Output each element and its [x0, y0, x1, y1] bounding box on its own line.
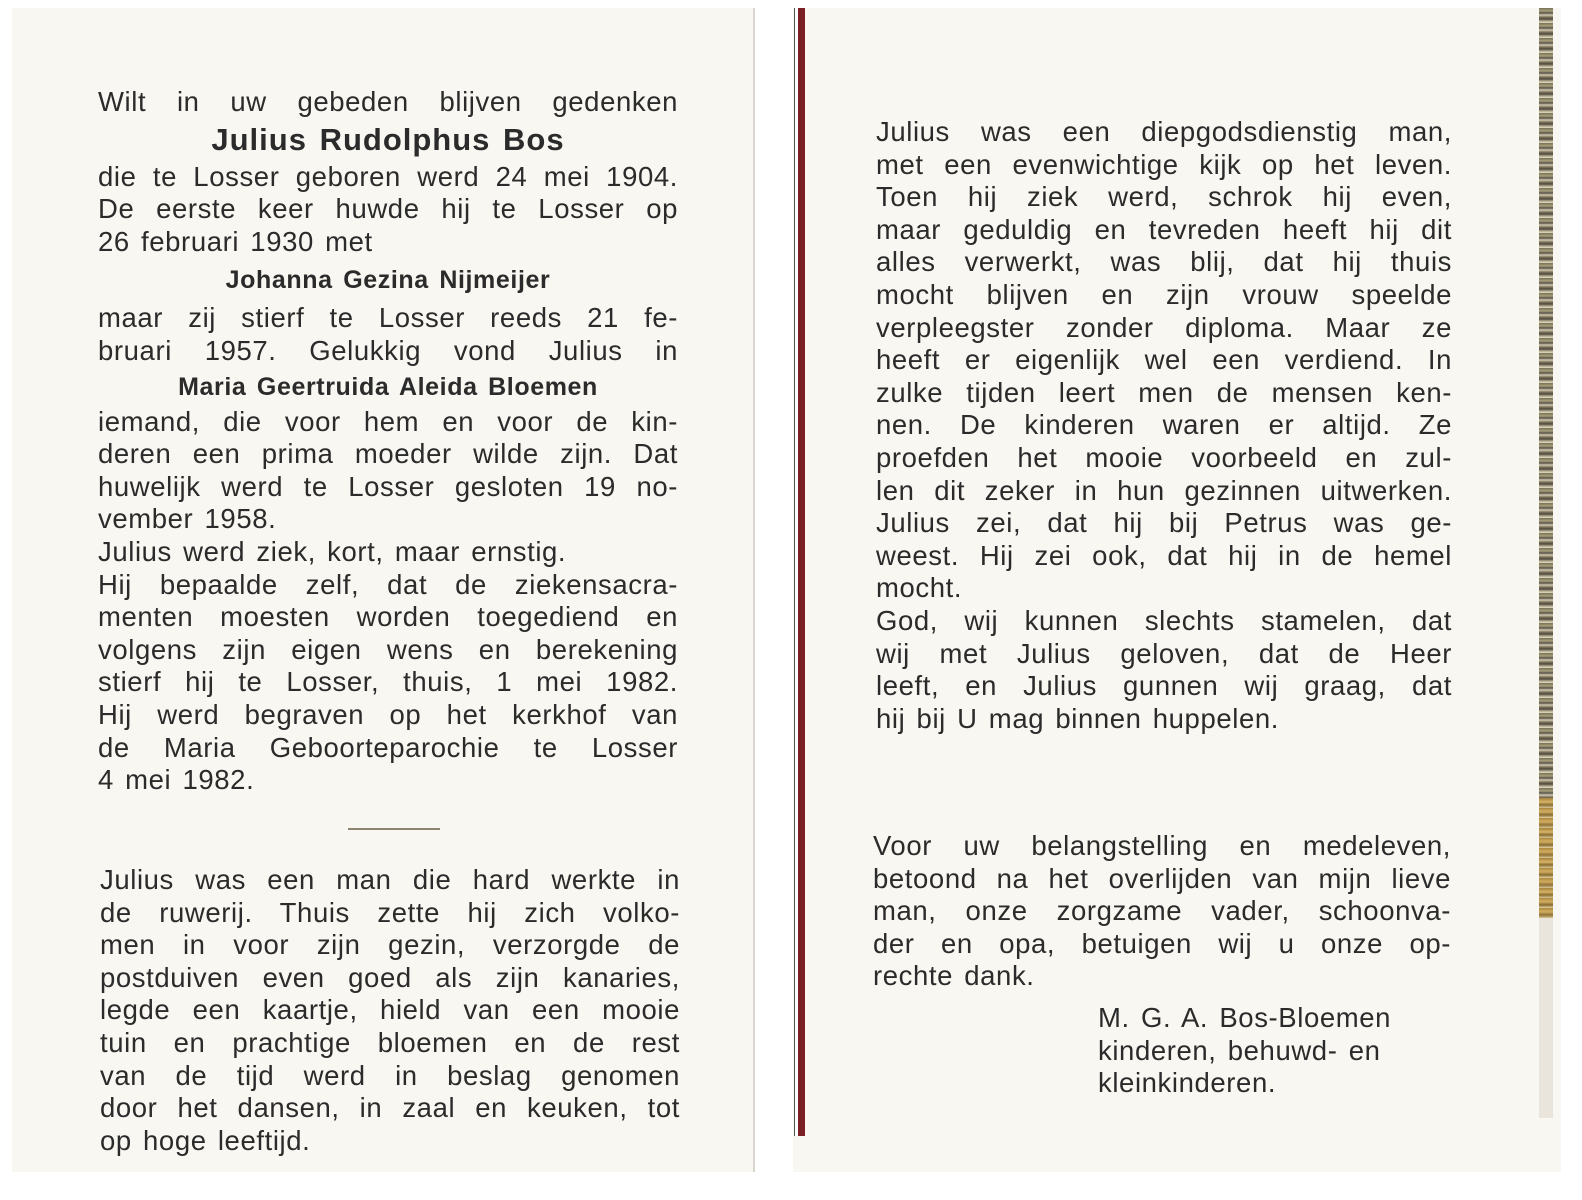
- text-line: Julius zei, dat hij bij Petrus was ge-: [876, 507, 1452, 540]
- text-line: maar zij stierf te Losser reeds 21 fe-: [98, 302, 678, 335]
- text-line: mocht.: [876, 572, 1452, 605]
- text-line: tuin en prachtige bloemen en de rest: [100, 1027, 680, 1060]
- text-line: Toen hij ziek werd, schrok hij even,: [876, 181, 1452, 214]
- text-line: alles verwerkt, was blij, dat hij thuis: [876, 246, 1452, 279]
- text-line: heeft er eigenlijk wel een verdiend. In: [876, 344, 1452, 377]
- deceased-name: Julius Rudolphus Bos: [98, 119, 678, 161]
- text-line: len dit zeker in hun gezinnen uitwerken.: [876, 475, 1452, 508]
- text-line: stierf hij te Losser, thuis, 1 mei 1982.: [98, 666, 678, 699]
- thanks-line: rechte dank.: [873, 960, 1451, 993]
- text-line: Hij werd begraven op het kerkhof van: [98, 699, 678, 732]
- thanks-line: der en opa, betuigen wij u onze op-: [873, 928, 1451, 961]
- memorial-card-right-page: Julius was een diepgodsdienstig man, met…: [793, 8, 1561, 1172]
- text-line: weest. Hij zei ook, dat hij in de hemel: [876, 540, 1452, 573]
- thanks-line: betoond na het overlijden van mijn lieve: [873, 863, 1451, 896]
- text-line: zulke tijden leert men de mensen ken-: [876, 377, 1452, 410]
- text-line: De eerste keer huwde hij te Losser op: [98, 193, 678, 226]
- text-line: 4 mei 1982.: [98, 764, 678, 797]
- text-line: verpleegster zonder diploma. Maar ze: [876, 312, 1452, 345]
- right-page-reflection-text: Julius was een diepgodsdienstig man, met…: [876, 116, 1452, 735]
- memorial-card-left-page: Wilt in uw gebeden blijven gedenken Juli…: [12, 8, 755, 1172]
- left-page-life-description: Julius was een man die hard werkte in de…: [100, 864, 680, 1157]
- text-line: Julius was een diepgodsdienstig man,: [876, 116, 1452, 149]
- intro-line: Wilt in uw gebeden blijven gedenken: [98, 86, 678, 119]
- left-page-obituary-text: Wilt in uw gebeden blijven gedenken Juli…: [98, 86, 678, 797]
- prayer-line: wij met Julius geloven, dat de Heer: [876, 638, 1452, 671]
- text-line: de ruwerij. Thuis zette hij zich volko-: [100, 897, 680, 930]
- second-wife-name: Maria Geertruida Aleida Bloemen: [98, 368, 678, 406]
- photo-edge-strip: [1539, 8, 1553, 918]
- thanks-line: Voor uw belangstelling en medeleven,: [873, 830, 1451, 863]
- text-line: menten moesten worden toegediend en: [98, 601, 678, 634]
- prayer-line: God, wij kunnen slechts stamelen, dat: [876, 605, 1452, 638]
- text-line: nen. De kinderen waren er altijd. Ze: [876, 409, 1452, 442]
- text-line: op hoge leeftijd.: [100, 1125, 680, 1158]
- text-line: 26 februari 1930 met: [98, 226, 678, 259]
- text-line: huwelijk werd te Losser gesloten 19 no-: [98, 471, 678, 504]
- first-wife-name: Johanna Gezina Nijmeijer: [98, 258, 678, 302]
- text-line: Julius was een man die hard werkte in: [100, 864, 680, 897]
- prayer-line: hij bij U mag binnen huppelen.: [876, 703, 1452, 736]
- card-edge-pale: [1539, 918, 1553, 1118]
- text-line: door het dansen, in zaal en keuken, tot: [100, 1092, 680, 1125]
- text-line: maar geduldig en tevreden heeft hij dit: [876, 214, 1452, 247]
- text-line: postduiven even goed als zijn kanaries,: [100, 962, 680, 995]
- thanks-line: man, onze zorgzame vader, schoonva-: [873, 895, 1451, 928]
- signature-line: kleinkinderen.: [1098, 1067, 1458, 1100]
- signature-line: kinderen, behuwd- en: [1098, 1035, 1458, 1068]
- text-line: iemand, die voor hem en voor de kin-: [98, 406, 678, 439]
- text-line: van de tijd werd in beslag genomen: [100, 1060, 680, 1093]
- text-line: met een evenwichtige kijk op het leven.: [876, 149, 1452, 182]
- text-line: die te Losser geboren werd 24 mei 1904.: [98, 161, 678, 194]
- text-line: Julius werd ziek, kort, maar ernstig.: [98, 536, 678, 569]
- text-line: legde een kaartje, hield van een mooie: [100, 994, 680, 1027]
- text-line: de Maria Geboorteparochie te Losser: [98, 732, 678, 765]
- text-line: deren een prima moeder wilde zijn. Dat: [98, 438, 678, 471]
- family-signature: M. G. A. Bos-Bloemen kinderen, behuwd- e…: [1098, 1002, 1458, 1100]
- text-line: proefden het mooie voorbeeld en zul-: [876, 442, 1452, 475]
- text-line: men in voor zijn gezin, verzorgde de: [100, 929, 680, 962]
- text-line: Hij bepaalde zelf, dat de ziekensacra-: [98, 569, 678, 602]
- thanks-text: Voor uw belangstelling en medeleven, bet…: [873, 830, 1451, 993]
- red-border-strip: [798, 8, 805, 1136]
- text-line: vember 1958.: [98, 503, 678, 536]
- signature-line: M. G. A. Bos-Bloemen: [1098, 1002, 1458, 1035]
- section-divider: [348, 828, 440, 830]
- text-line: volgens zijn eigen wens en berekening: [98, 634, 678, 667]
- text-line: bruari 1957. Gelukkig vond Julius in: [98, 335, 678, 368]
- photo-edge-strip-lower: [1539, 798, 1553, 918]
- text-line: mocht blijven en zijn vrouw speelde: [876, 279, 1452, 312]
- prayer-line: leeft, en Julius gunnen wij graag, dat: [876, 670, 1452, 703]
